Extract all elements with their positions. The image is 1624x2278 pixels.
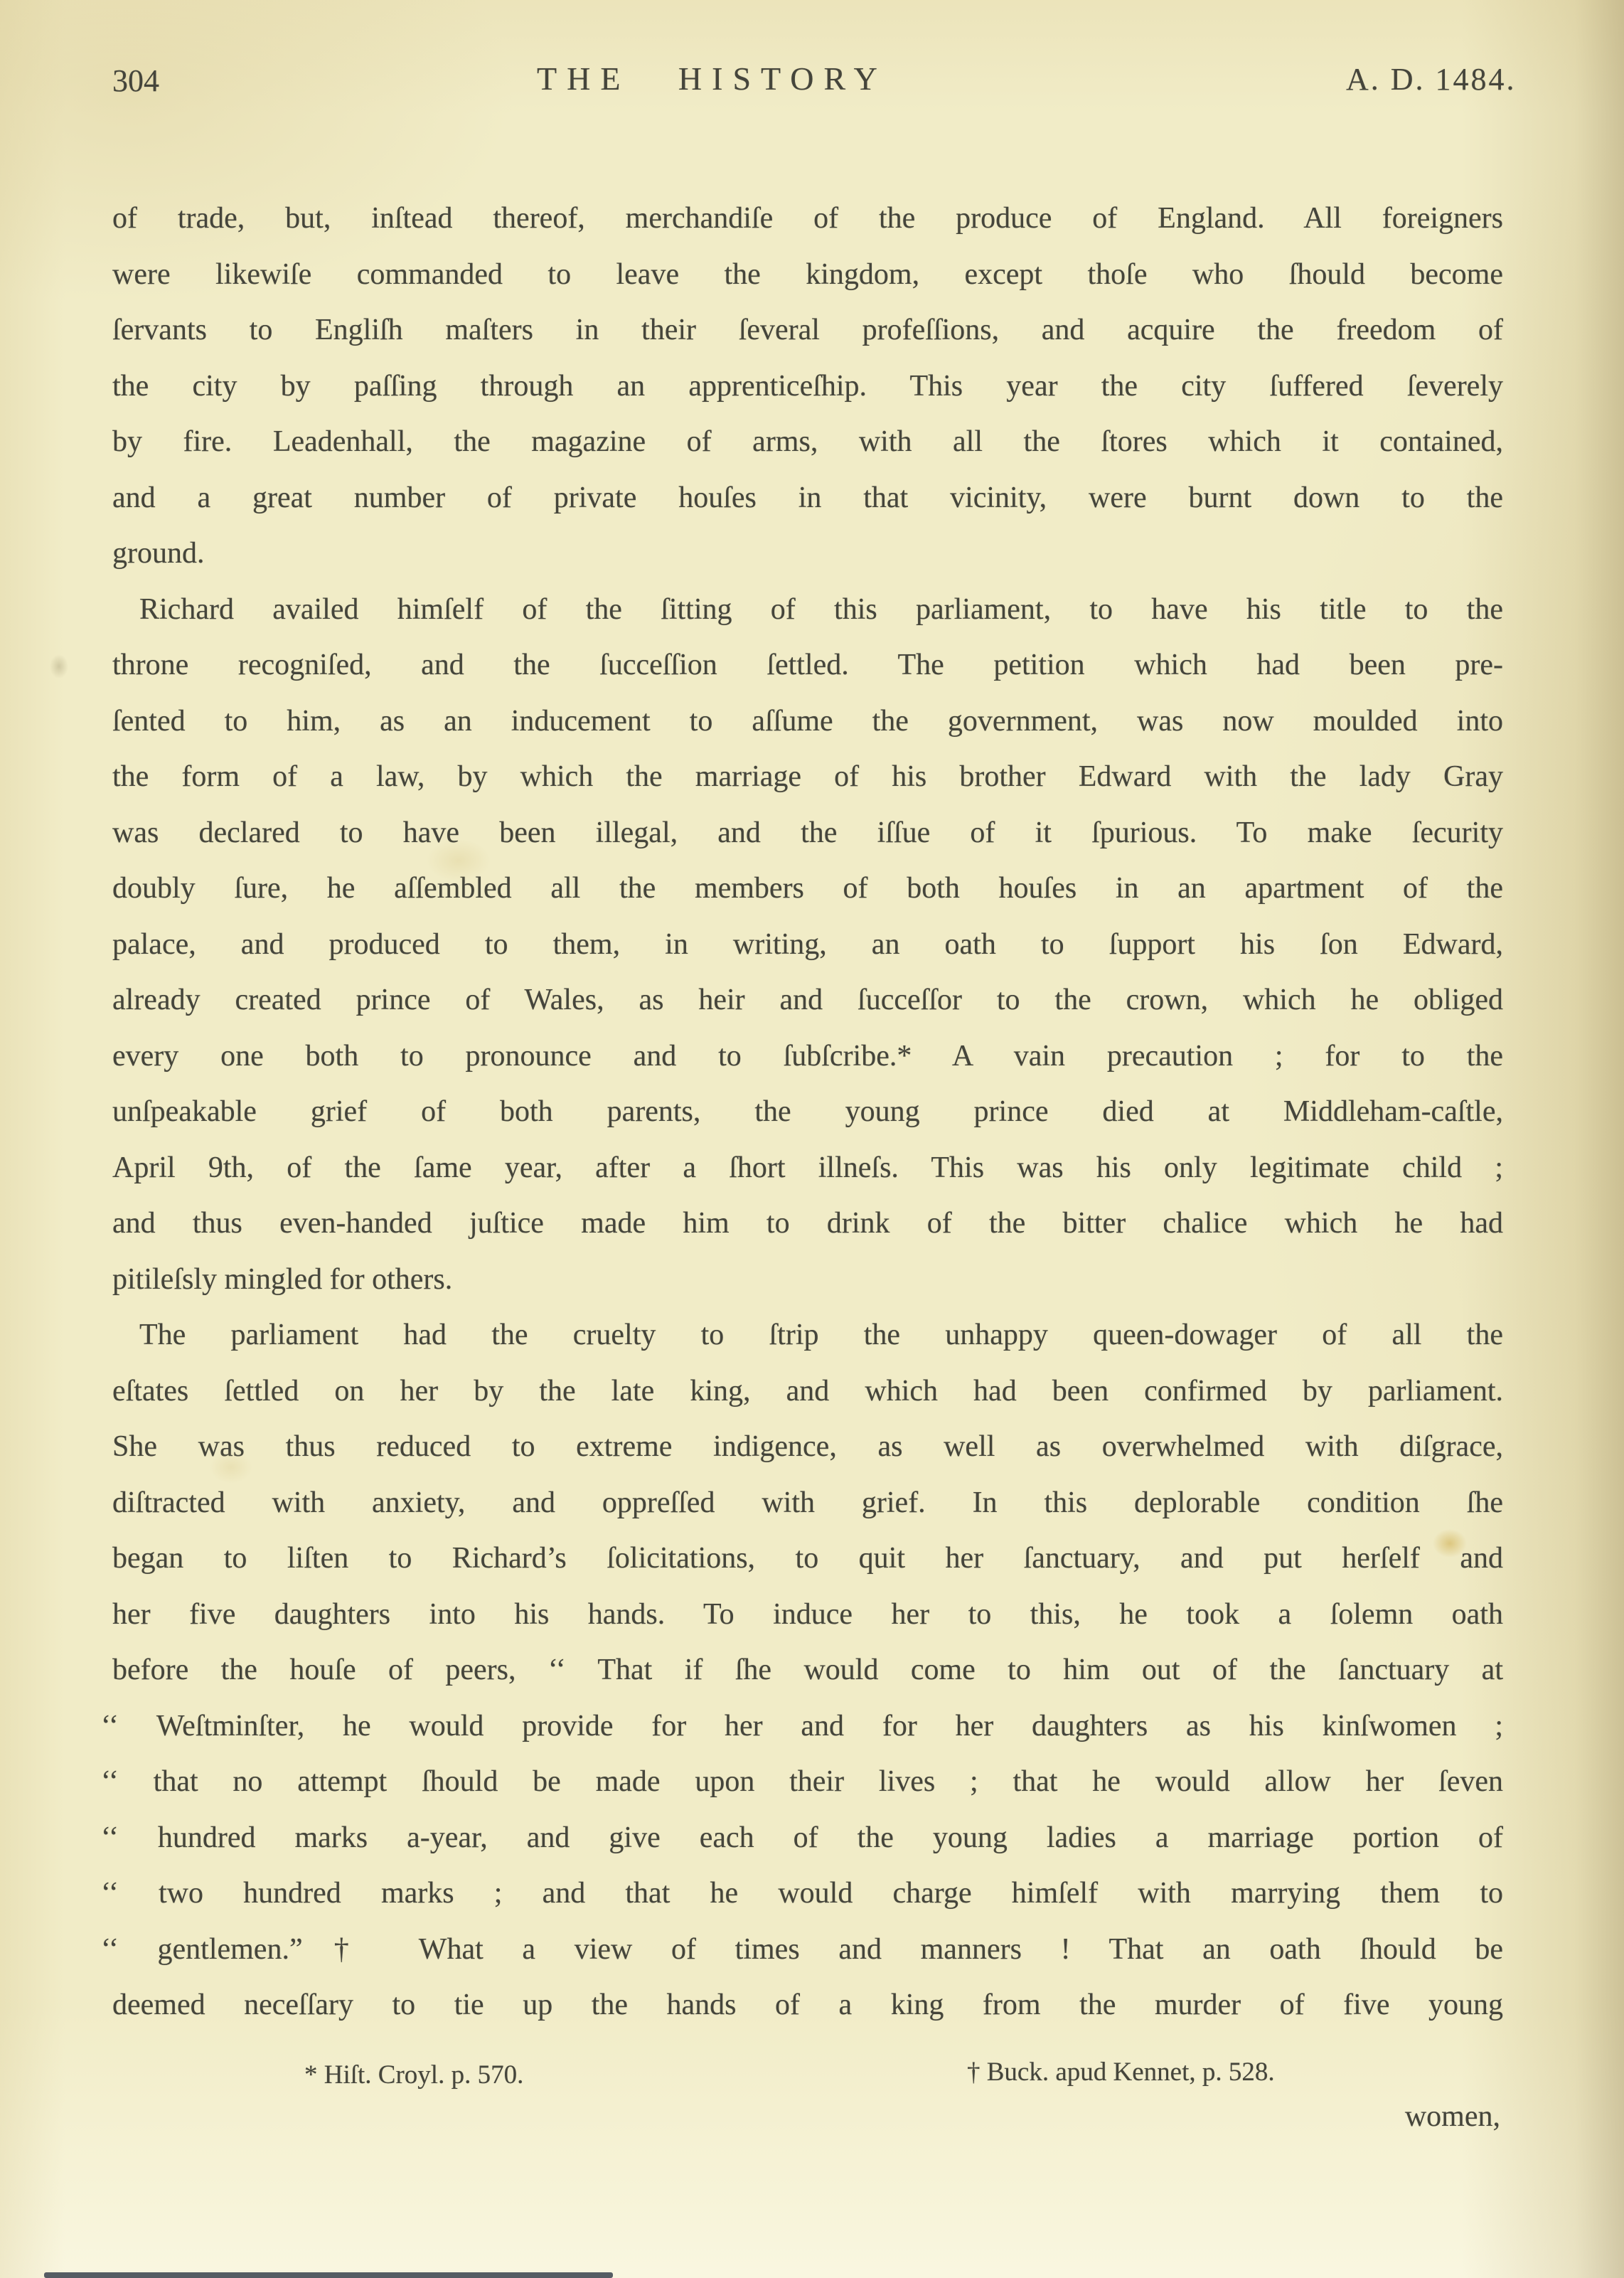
text-line: Richard availed himſelf of the ſitting o… bbox=[112, 582, 1503, 638]
text-line: ‘‘ hundred marks a-year, and give each o… bbox=[112, 1810, 1503, 1866]
footnote-dagger: † Buck. apud Kennet, p. 528. bbox=[967, 2057, 1275, 2087]
text-line: April 9th, of the ſame year, after a ſho… bbox=[112, 1140, 1503, 1196]
text-line: ſervants to Engliſh maſters in their ſev… bbox=[112, 302, 1503, 358]
footnote-asterisk: * Hiſt. Croyl. p. 570. bbox=[304, 2060, 523, 2090]
running-title: THE HISTORY bbox=[537, 60, 887, 97]
text-line: was declared to have been illegal, and t… bbox=[112, 805, 1503, 861]
text-line: pitileſsly mingled for others. bbox=[112, 1252, 1503, 1308]
page-number: 304 bbox=[112, 63, 159, 99]
body-text: of trade, but, inſtead thereof, merchand… bbox=[112, 191, 1503, 2033]
text-line: ‘‘ two hundred marks ; and that he would… bbox=[112, 1865, 1503, 1922]
text-line: the city by paſſing through an apprentic… bbox=[112, 358, 1503, 415]
text-line: every one both to pronounce and to ſubſc… bbox=[112, 1028, 1503, 1085]
text-line: already created prince of Wales, as heir… bbox=[112, 972, 1503, 1028]
paper-stain bbox=[50, 654, 68, 678]
text-line: ground. bbox=[112, 526, 1503, 582]
text-line: She was thus reduced to extreme indigenc… bbox=[112, 1419, 1503, 1475]
text-line: palace, and produced to them, in writing… bbox=[112, 917, 1503, 973]
book-page-scan: 304 THE HISTORY A. D. 1484. of trade, bu… bbox=[0, 0, 1624, 2278]
text-line: of trade, but, inſtead thereof, merchand… bbox=[112, 191, 1503, 247]
text-line: were likewiſe commanded to leave the kin… bbox=[112, 247, 1503, 303]
scan-edge-artifact bbox=[44, 2272, 613, 2278]
text-line: ‘‘ gentlemen.”† What a view of times and… bbox=[112, 1922, 1503, 1978]
text-line: throne recogniſed, and the ſucceſſion ſe… bbox=[112, 637, 1503, 693]
text-line: by fire. Leadenhall, the magazine of arm… bbox=[112, 414, 1503, 470]
text-line: ‘‘ that no attempt ſhould be made upon t… bbox=[112, 1754, 1503, 1810]
text-line: eſtates ſettled on her by the late king,… bbox=[112, 1363, 1503, 1420]
text-line: began to liſten to Richard’s ſolicitatio… bbox=[112, 1531, 1503, 1587]
text-line: doubly ſure, he aſſembled all the member… bbox=[112, 861, 1503, 917]
text-line: and a great number of private houſes in … bbox=[112, 470, 1503, 526]
text-line: ‘‘ Weſtminſter, he would provide for her… bbox=[112, 1698, 1503, 1755]
text-line: the form of a law, by which the marriage… bbox=[112, 749, 1503, 805]
text-line: ſented to him, as an inducement to aſſum… bbox=[112, 693, 1503, 750]
text-line: deemed neceſſary to tie up the hands of … bbox=[112, 1977, 1503, 2033]
text-line: and thus even-handed juſtice made him to… bbox=[112, 1196, 1503, 1252]
text-line: diſtracted with anxiety, and oppreſſed w… bbox=[112, 1475, 1503, 1531]
text-line: before the houſe of peers, ‘‘ That if ſh… bbox=[112, 1642, 1503, 1698]
text-line: her five daughters into his hands. To in… bbox=[112, 1587, 1503, 1643]
running-annal-date: A. D. 1484. bbox=[1346, 61, 1517, 97]
text-line: unſpeakable grief of both parents, the y… bbox=[112, 1084, 1503, 1140]
text-line: The parliament had the cruelty to ſtrip … bbox=[112, 1307, 1503, 1363]
catchword: women, bbox=[1323, 2099, 1500, 2134]
